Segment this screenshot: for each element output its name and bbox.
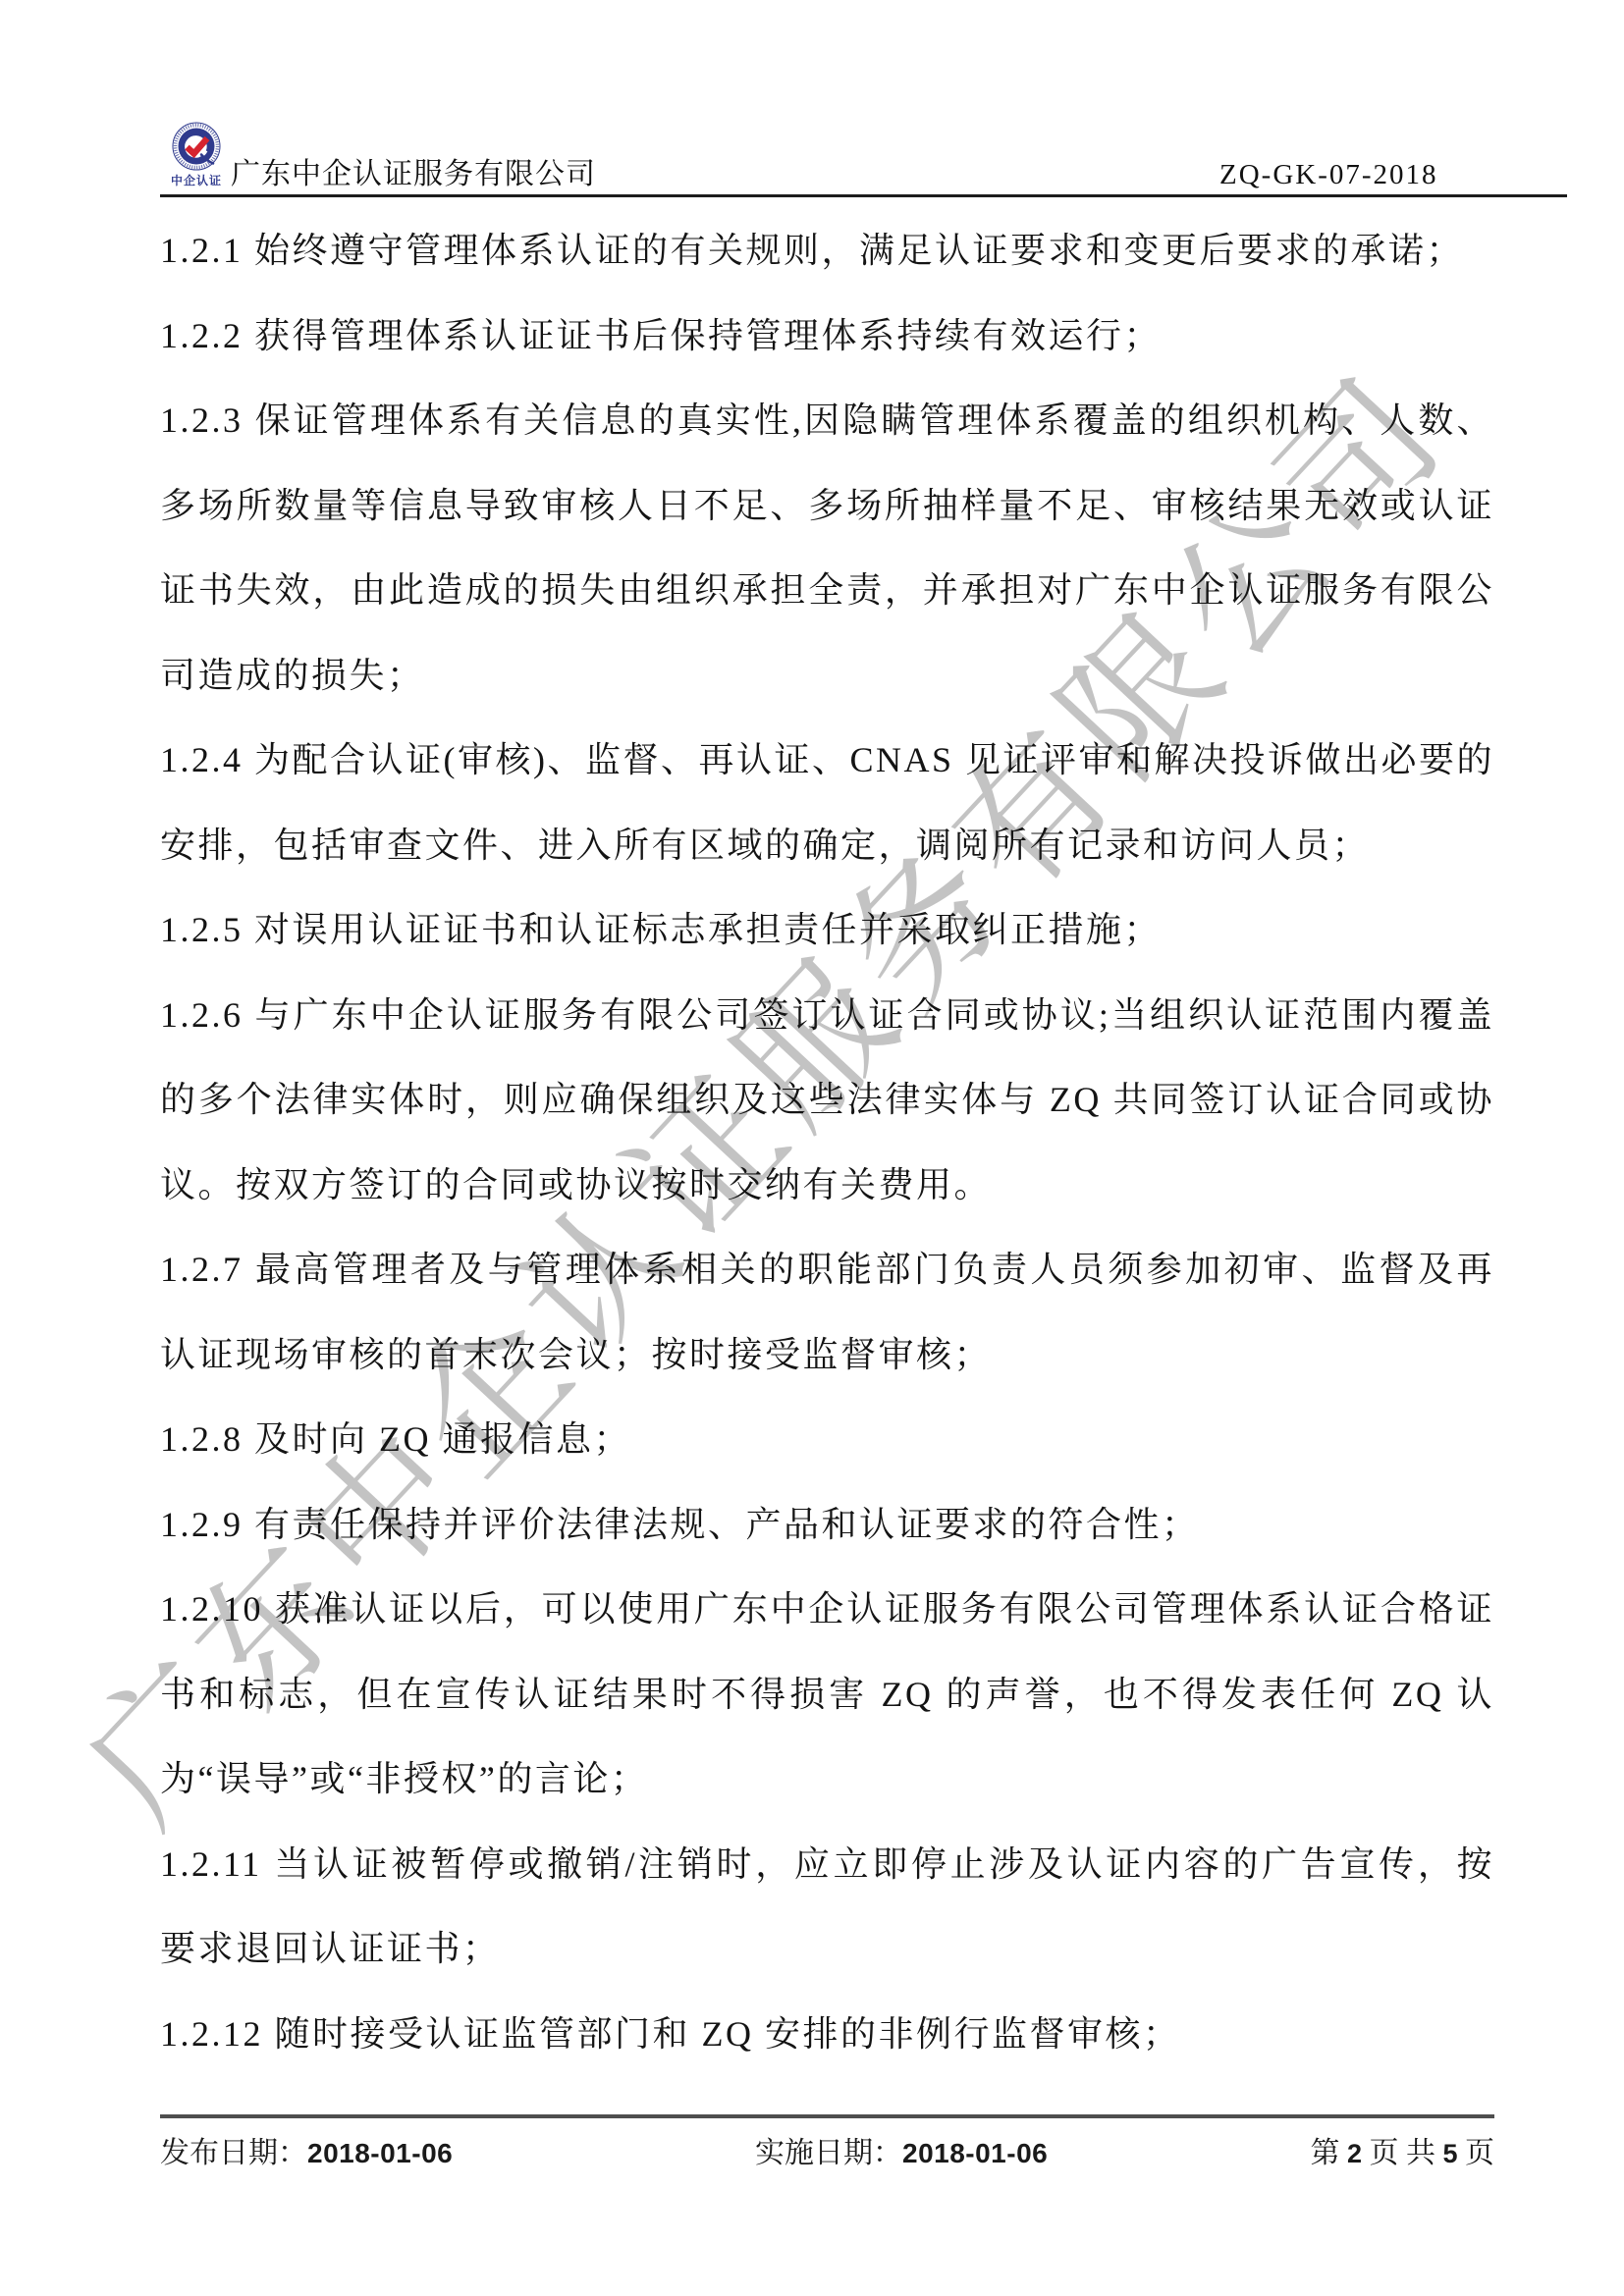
release-date-value: 2018-01-06 [307, 2138, 453, 2168]
clause: 1.2.12 随时接受认证监管部门和 ZQ 安排的非例行监督审核； [160, 1992, 1494, 2077]
document-page: 广东中企认证服务有限公司 中企认证 广东中企认证服务有限公司 ZQ-GK-07-… [0, 0, 1624, 2296]
implement-date-field: 实施日期：2018-01-06 [755, 2128, 1048, 2171]
certification-badge-icon [172, 122, 221, 171]
clause: 1.2.1 始终遵守管理体系认证的有关规则，满足认证要求和变更后要求的承诺； [160, 208, 1494, 294]
company-logo: 中企认证 [168, 122, 225, 188]
page-indicator-prefix: 第 [1310, 2137, 1347, 2169]
page-current-number: 2 [1347, 2139, 1362, 2168]
clause: 1.2.4 为配合认证(审核)、监督、再认证、CNAS 见证评审和解决投诉做出必… [160, 718, 1494, 887]
release-date-label: 发布日期： [160, 2137, 307, 2169]
implement-date-value: 2018-01-06 [902, 2138, 1048, 2168]
page-footer: 发布日期：2018-01-06 实施日期：2018-01-06 第 2 页 共 … [160, 2114, 1494, 2173]
clause: 1.2.9 有责任保持并评价法律法规、产品和认证要求的符合性； [160, 1482, 1494, 1568]
clause: 1.2.2 获得管理体系认证证书后保持管理体系持续有效运行； [160, 294, 1494, 379]
implement-date-label: 实施日期： [755, 2137, 902, 2169]
clause: 1.2.6 与广东中企认证服务有限公司签订认证合同或协议;当组织认证范围内覆盖的… [160, 973, 1494, 1228]
clause: 1.2.8 及时向 ZQ 通报信息； [160, 1397, 1494, 1482]
clause-list: 1.2.1 始终遵守管理体系认证的有关规则，满足认证要求和变更后要求的承诺；1.… [160, 208, 1494, 2076]
logo-caption: 中企认证 [168, 172, 225, 188]
page-header: 中企认证 广东中企认证服务有限公司 ZQ-GK-07-2018 [160, 116, 1567, 197]
page-total-number: 5 [1442, 2139, 1457, 2168]
footer-row: 发布日期：2018-01-06 实施日期：2018-01-06 第 2 页 共 … [160, 2118, 1494, 2173]
clause: 1.2.7 最高管理者及与管理体系相关的职能部门负责人员须参加初审、监督及再认证… [160, 1227, 1494, 1397]
clause: 1.2.10 获准认证以后，可以使用广东中企认证服务有限公司管理体系认证合格证书… [160, 1567, 1494, 1822]
release-date-field: 发布日期：2018-01-06 [160, 2128, 453, 2171]
company-name: 广东中企认证服务有限公司 [231, 149, 596, 192]
document-number: ZQ-GK-07-2018 [1219, 159, 1438, 191]
clause: 1.2.5 对误用认证证书和认证标志承担责任并采取纠正措施； [160, 887, 1494, 973]
page-indicator: 第 2 页 共 5 页 [1310, 2128, 1494, 2171]
page-indicator-mid: 页 共 [1362, 2137, 1443, 2169]
page-indicator-suffix: 页 [1458, 2137, 1495, 2169]
clause: 1.2.3 保证管理体系有关信息的真实性,因隐瞒管理体系覆盖的组织机构、人数、多… [160, 378, 1494, 718]
clause: 1.2.11 当认证被暂停或撤销/注销时，应立即停止涉及认证内容的广告宣传，按要… [160, 1822, 1494, 1992]
